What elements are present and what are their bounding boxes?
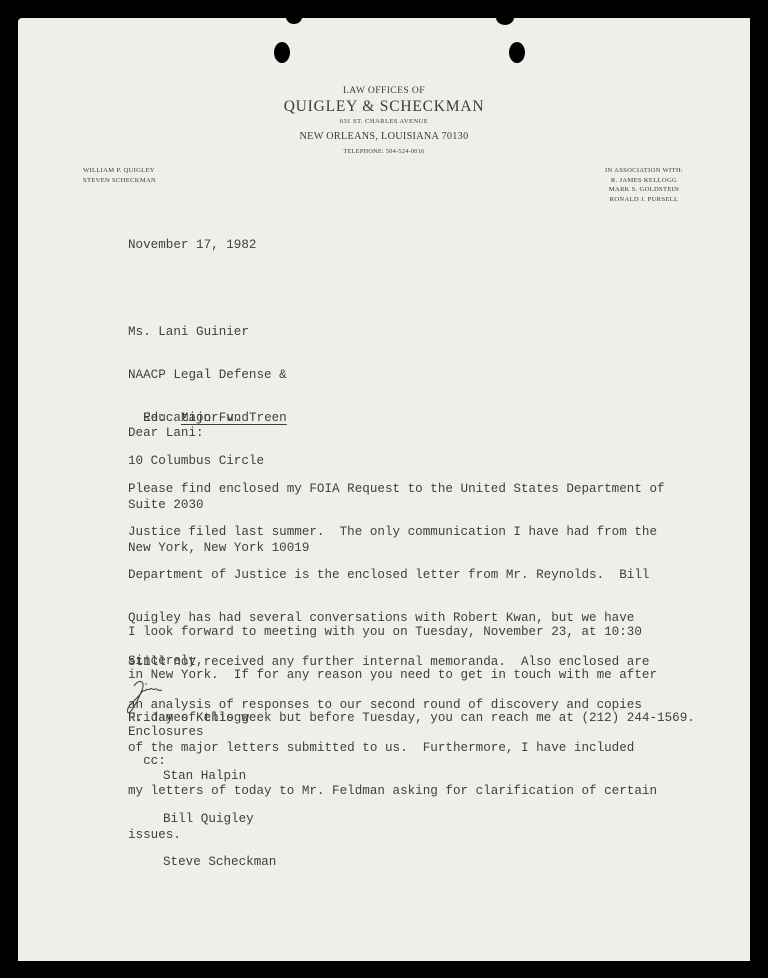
cc-name: Stan Halpin: [163, 769, 276, 783]
punch-notch-left: [286, 10, 302, 24]
punch-hole-left: [274, 42, 290, 63]
associate-name: MARK S. GOLDSTEIN: [592, 185, 696, 195]
associate-name: R. JAMES KELLOGG: [592, 176, 696, 186]
salutation: Dear Lani:: [128, 426, 204, 440]
firm-telephone: TELEPHONE: 504-524-0016: [0, 148, 768, 155]
cc-name: Bill Quigley: [163, 812, 276, 826]
paragraph-line: Please find enclosed my FOIA Request to …: [128, 482, 665, 496]
firm-street: 631 ST. CHARLES AVENUE: [0, 118, 768, 125]
partners-list: WILLIAM P. QUIGLEY STEVEN SCHECKMAN: [83, 166, 156, 185]
cc-names: Stan Halpin Bill Quigley Steve Scheckman: [163, 740, 276, 884]
cc-list: cc:: [128, 740, 166, 769]
re-label: Re:: [143, 411, 166, 425]
address-line: NAACP Legal Defense &: [128, 368, 309, 382]
address-line: Ms. Lani Guinier: [128, 325, 309, 339]
associate-name: RONALD J. PURSELL: [592, 195, 696, 205]
paragraph-line: I look forward to meeting with you on Tu…: [128, 625, 695, 639]
partner-name: STEVEN SCHECKMAN: [83, 176, 156, 186]
re-line: Re: Major v. Treen: [128, 397, 287, 426]
cc-name: Steve Scheckman: [163, 855, 276, 869]
re-subject: Major v. Treen: [181, 411, 287, 425]
punch-hole-right: [509, 42, 525, 63]
paragraph-line: in New York. If for any reason you need …: [128, 668, 695, 682]
paragraph-line: Department of Justice is the enclosed le…: [128, 568, 665, 582]
enclosures-note: Enclosures: [128, 725, 204, 739]
signature: [124, 676, 172, 716]
letterhead-heading: LAW OFFICES OF: [0, 85, 768, 96]
partner-name: WILLIAM P. QUIGLEY: [83, 166, 156, 176]
firm-city: NEW ORLEANS, LOUISIANA 70130: [0, 131, 768, 142]
paragraph-line: Justice filed last summer. The only comm…: [128, 525, 665, 539]
association-label: IN ASSOCIATION WITH:: [592, 166, 696, 176]
punch-notch-right-cut: [496, 10, 514, 25]
closing: Sincerely,: [128, 654, 204, 668]
signer-name: R. James Kellogg: [128, 711, 249, 725]
letter-date: November 17, 1982: [128, 238, 256, 252]
association-list: IN ASSOCIATION WITH: R. JAMES KELLOGG MA…: [592, 166, 696, 204]
firm-name: QUIGLEY & SCHECKMAN: [0, 98, 768, 116]
